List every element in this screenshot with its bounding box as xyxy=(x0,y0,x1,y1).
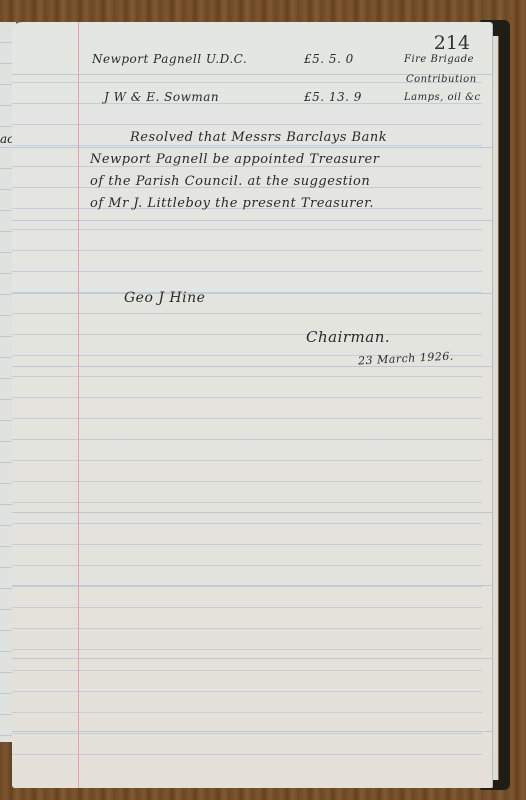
chairman-signature: Geo J Hine xyxy=(124,290,205,306)
chairman-title: Chairman. xyxy=(306,328,390,346)
purpose-1: Fire Brigade xyxy=(404,54,474,65)
payee-1: Newport Pagnell U.D.C. xyxy=(92,52,247,66)
margin-line xyxy=(78,22,79,788)
page-stack-edge xyxy=(492,36,499,780)
resolution-line-1: Resolved that Messrs Barclays Bank xyxy=(130,130,387,145)
purpose-2: Lamps, oil &c xyxy=(404,92,481,103)
amount-1: £5. 5. 0 xyxy=(304,52,354,66)
ledger-page: 214 Newport Pagnell U.D.C. £5. 5. 0 Fire… xyxy=(12,22,492,788)
resolution-line-4: of Mr J. Littleboy the present Treasurer… xyxy=(90,196,374,211)
ruled-lines xyxy=(12,62,482,768)
resolution-line-2: Newport Pagnell be appointed Treasurer xyxy=(90,152,379,167)
amount-2: £5. 13. 9 xyxy=(304,90,362,104)
resolution-line-3: of the Parish Council. at the suggestion xyxy=(90,174,370,189)
page-number: 214 xyxy=(434,32,470,54)
purpose-2-line1: Contribution xyxy=(406,74,477,85)
payee-2: J W & E. Sowman xyxy=(104,90,219,104)
